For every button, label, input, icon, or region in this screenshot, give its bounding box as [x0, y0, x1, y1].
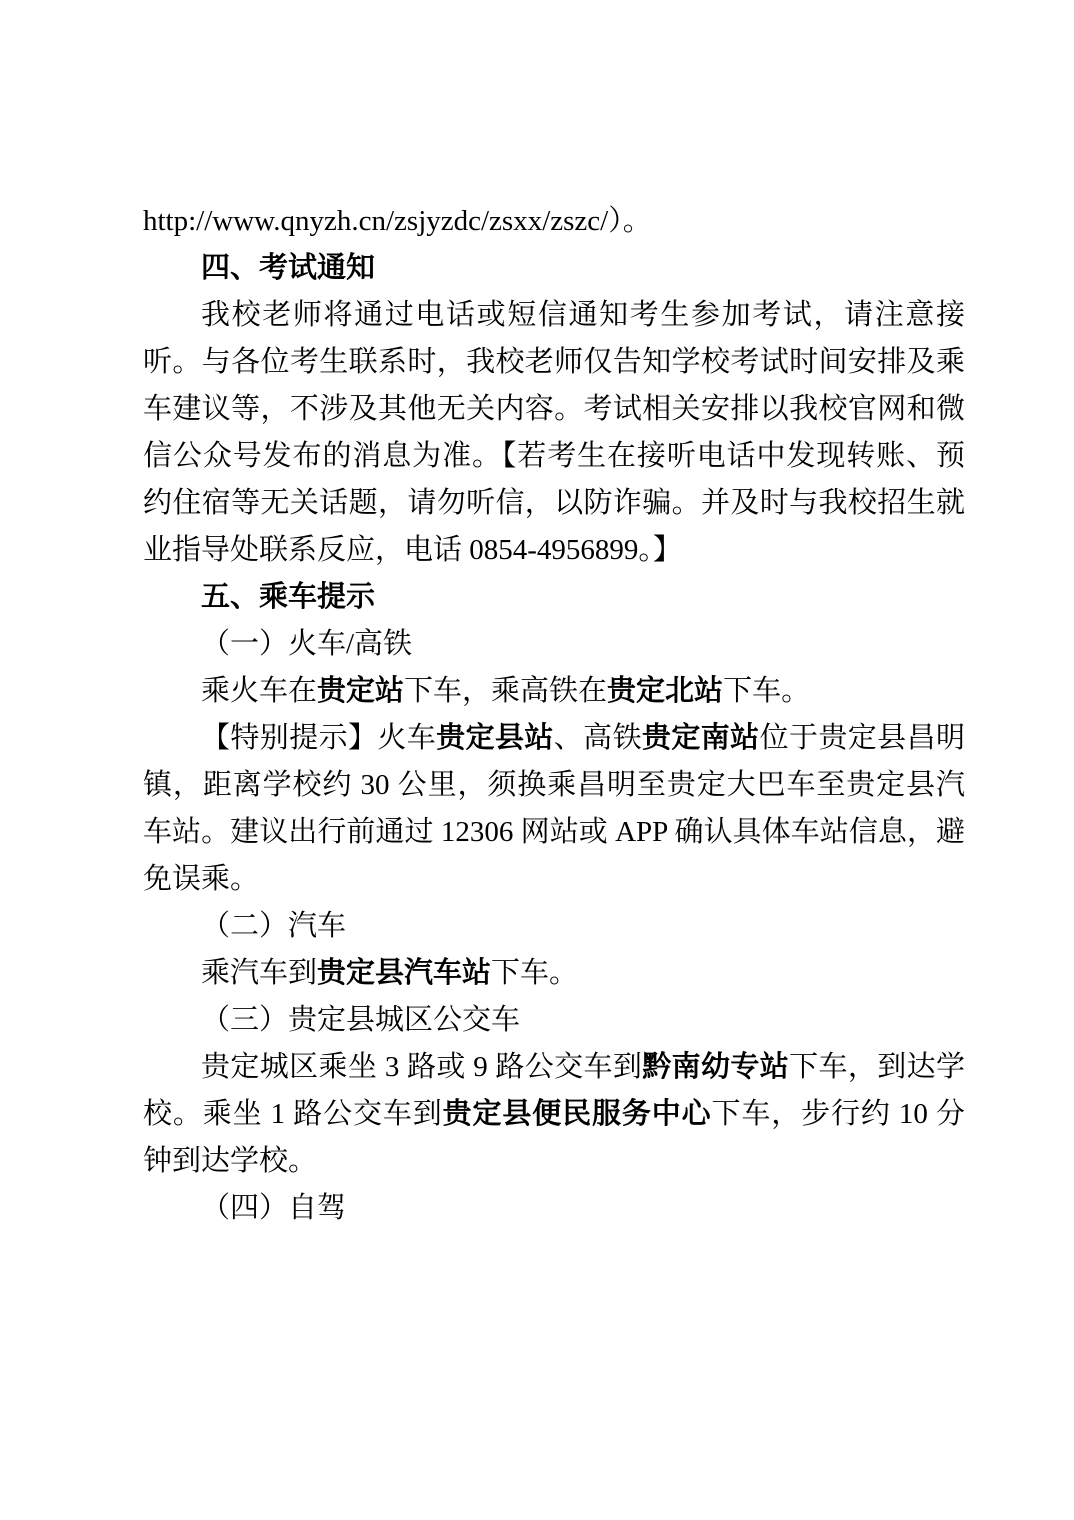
subheading-4-self-drive: （四）自驾 [143, 1185, 965, 1232]
document-content: http://www.qnyzh.cn/zsjyzdc/zsxx/zszc/）。… [143, 198, 965, 1232]
bold-text-run: 贵定县汽车站 [317, 957, 491, 989]
text-run: 贵定城区乘坐 3 路或 9 路公交车到 [201, 1051, 642, 1083]
bold-text-run: 贵定北站 [607, 675, 723, 707]
text-run: 下车。 [723, 675, 810, 707]
subheading-1-train: （一）火车/高铁 [143, 621, 965, 668]
paragraph-train: 乘火车在贵定站下车，乘高铁在贵定北站下车。 [143, 668, 965, 715]
text-run: http://www.qnyzh.cn/zsjyzdc/zsxx/zszc/）。 [143, 205, 652, 237]
bold-text-run: 贵定南站 [642, 722, 760, 754]
bold-text-run: 贵定站 [317, 675, 404, 707]
document-page: http://www.qnyzh.cn/zsjyzdc/zsxx/zszc/）。… [0, 0, 1074, 1520]
paragraph-exam-notification: 我校老师将通过电话或短信通知考生参加考试，请注意接听。与各位考生联系时，我校老师… [143, 292, 965, 574]
bold-text-run: 贵定县便民服务中心 [443, 1098, 712, 1130]
heading-section-5-transport-tips: 五、乘车提示 [143, 574, 965, 621]
text-run: 下车。 [491, 957, 578, 989]
paragraph-city-bus: 贵定城区乘坐 3 路或 9 路公交车到黔南幼专站下车，到达学校。乘坐 1 路公交… [143, 1044, 965, 1185]
text-run: （一）火车/高铁 [201, 628, 412, 660]
subheading-2-coach: （二）汽车 [143, 903, 965, 950]
text-run: 【特别提示】火车 [201, 722, 436, 754]
text-run: 我校老师将通过电话或短信通知考生参加考试，请注意接听。与各位考生联系时，我校老师… [143, 299, 965, 566]
heading-section-4-exam-notice: 四、考试通知 [143, 245, 965, 292]
text-run: 乘汽车到 [201, 957, 317, 989]
bold-text-run: 五、乘车提示 [201, 581, 375, 613]
text-run: （四）自驾 [201, 1192, 346, 1224]
text-run: 下车，乘高铁在 [404, 675, 607, 707]
bold-text-run: 贵定县站 [436, 722, 554, 754]
url-continuation-line: http://www.qnyzh.cn/zsjyzdc/zsxx/zszc/）。 [143, 198, 965, 245]
paragraph-coach: 乘汽车到贵定县汽车站下车。 [143, 950, 965, 997]
paragraph-special-note: 【特别提示】火车贵定县站、高铁贵定南站位于贵定县昌明镇，距离学校约 30 公里，… [143, 715, 965, 903]
text-run: 乘火车在 [201, 675, 317, 707]
bold-text-run: 四、考试通知 [201, 252, 375, 284]
text-run: （三）贵定县城区公交车 [201, 1004, 520, 1036]
subheading-3-city-bus: （三）贵定县城区公交车 [143, 997, 965, 1044]
bold-text-run: 黔南幼专站 [642, 1051, 789, 1083]
text-run: （二）汽车 [201, 910, 346, 942]
text-run: 、高铁 [554, 722, 642, 754]
